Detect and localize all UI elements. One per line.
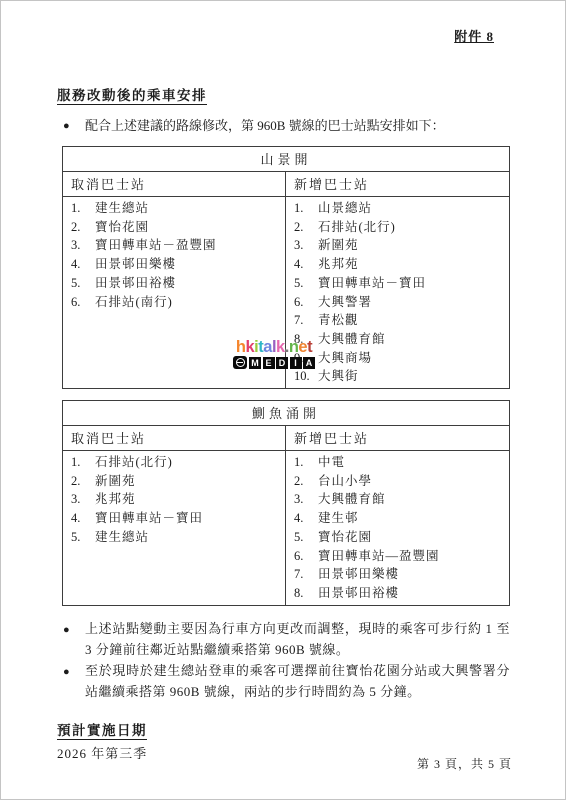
stop-list-item: 2.石排站(北行) [294,218,503,237]
page-footer: 第 3 頁，共 5 頁 [417,755,512,772]
stop-list-item: 7.青松觀 [294,311,503,330]
column-header-new: 新增巴士站 [286,426,510,451]
bullet-icon: ● [63,620,70,641]
stop-list-item: 2.寶怡花園 [71,218,279,237]
notes-section: ● 上述站點變動主要因為行車方向更改而調整，現時的乘客可步行約 1 至 3 分鐘… [57,618,510,702]
table-title: 山景開 [63,147,510,172]
bullet-icon: ● [63,117,70,135]
stop-list-item: 5.寶田轉車站－寶田 [294,274,503,293]
note-text: 至於現時於建生總站登車的乘客可選擇前往寶怡花園分站或大興警署分站繼續乘搭第 96… [85,663,510,699]
intro-bullet: ● 配合上述建議的路線修改，第 960B 號線的巴士站點安排如下： [57,117,510,135]
stop-list-item: 6.大興警署 [294,293,503,312]
document-heading: 服務改動後的乘車安排 [57,84,510,104]
stop-list-item: 8.田景邨田裕樓 [294,584,503,603]
stop-list-item: 8.大興體育館 [294,330,503,349]
hkitalk-watermark-text: hkitalk.net [226,339,322,355]
stop-list-item: 5.建生總站 [71,528,279,547]
stop-list-item: 2.新圍苑 [71,472,279,491]
implementation-heading: 預計實施日期 [57,719,510,739]
stop-list-item: 10.大興街 [294,367,503,386]
table-spacer [57,389,510,400]
intro-bullet-text: 配合上述建議的路線修改，第 960B 號線的巴士站點安排如下： [85,118,445,133]
stop-list-item: 4.寶田轉車站－寶田 [71,509,279,528]
table-quarry-bay-bound: 鰂魚涌開 取消巴士站 新增巴士站 1.石排站(北行)2.新圍苑3.兆邦苑4.寶田… [62,400,510,606]
cancel-stops-list: 1.石排站(北行)2.新圍苑3.兆邦苑4.寶田轉車站－寶田5.建生總站 [63,451,286,606]
media-logo: MEDIA [226,356,322,369]
stop-list-item: 4.田景邨田樂樓 [71,255,279,274]
stop-list-item: 4.建生邨 [294,509,503,528]
annex-label: 附件 8 [454,26,494,45]
stop-list-item: 1.建生總站 [71,199,279,218]
note-text: 上述站點變動主要因為行車方向更改而調整，現時的乘客可步行約 1 至 3 分鐘前往… [85,621,510,657]
media-logo-letters: MEDIA [249,357,315,369]
hkitalk-watermark: hkitalk.net MEDIA [226,339,322,369]
stop-list-item: 3.大興體育館 [294,490,503,509]
circle-logo-icon [233,356,247,369]
stop-list-item: 3.寶田轉車站－盈豐園 [71,236,279,255]
stop-list-item: 6.石排站(南行) [71,293,279,312]
new-stops-list: 1.中電2.台山小學3.大興體育館4.建生邨5.寶怡花園6.寶田轉車站—盈豐園7… [286,451,510,606]
stop-list-item: 3.新圍苑 [294,236,503,255]
stop-list-item: 7.田景邨田樂樓 [294,565,503,584]
note-item: ● 至於現時於建生總站登車的乘客可選擇前往寶怡花園分站或大興警署分站繼續乘搭第 … [57,660,510,702]
stop-list-item: 4.兆邦苑 [294,255,503,274]
bullet-icon: ● [63,662,70,683]
stop-list-item: 1.中電 [294,453,503,472]
stop-list-item: 1.山景總站 [294,199,503,218]
document-page: 附件 8 服務改動後的乘車安排 ● 配合上述建議的路線修改，第 960B 號線的… [0,0,566,800]
column-header-cancel: 取消巴士站 [63,172,286,197]
stop-list-item: 5.寶怡花園 [294,528,503,547]
stop-list-item: 3.兆邦苑 [71,490,279,509]
document-body: 服務改動後的乘車安排 ● 配合上述建議的路線修改，第 960B 號線的巴士站點安… [57,84,510,762]
stop-list-item: 1.石排站(北行) [71,453,279,472]
column-header-cancel: 取消巴士站 [63,426,286,451]
stop-list-item: 6.寶田轉車站—盈豐園 [294,547,503,566]
table-title: 鰂魚涌開 [63,401,510,426]
note-item: ● 上述站點變動主要因為行車方向更改而調整，現時的乘客可步行約 1 至 3 分鐘… [57,618,510,660]
column-header-new: 新增巴士站 [286,172,510,197]
stop-list-item: 5.田景邨田裕樓 [71,274,279,293]
stop-list-item: 2.台山小學 [294,472,503,491]
stop-list-item: 9.大興商場 [294,349,503,368]
